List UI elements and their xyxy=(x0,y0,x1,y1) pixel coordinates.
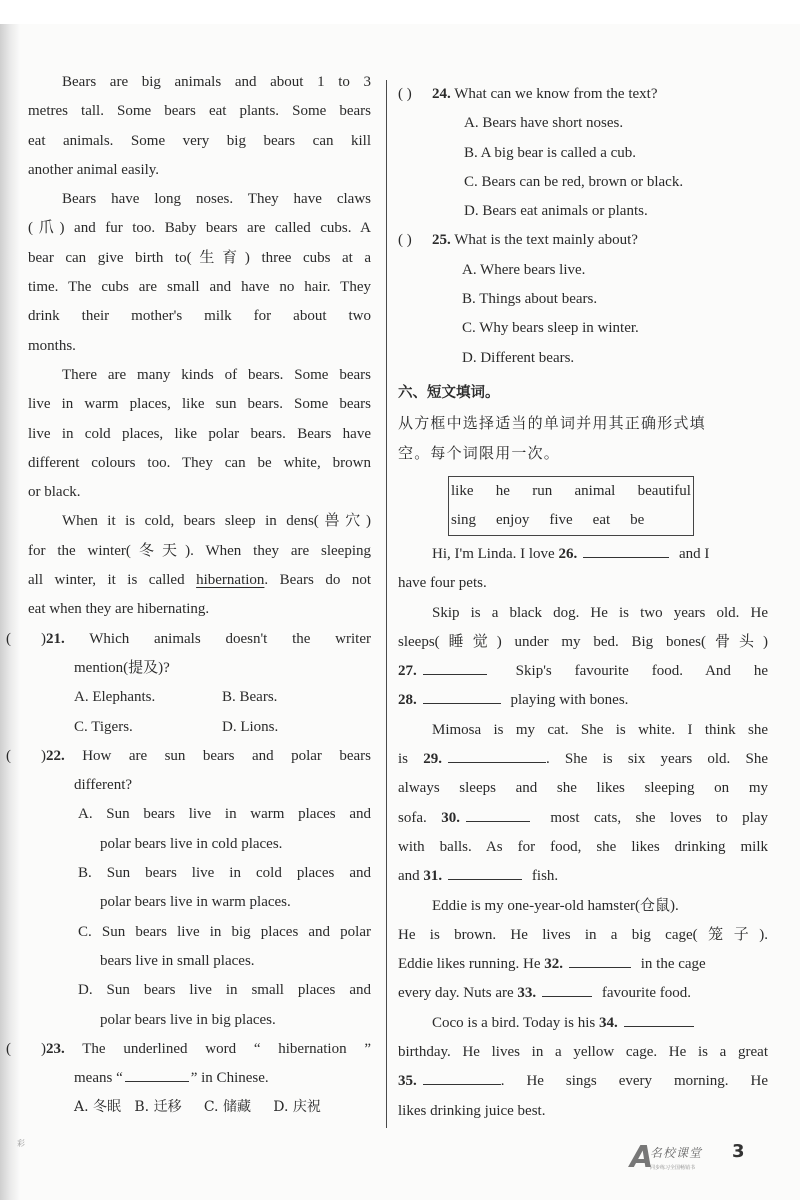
option-d[interactable]: D. Lions. xyxy=(222,713,370,742)
word-option: be xyxy=(630,506,644,535)
section-6: 六、短文填词。 从方框中选择适当的单词并用其正确形式填 空。每个词限用一次。 l… xyxy=(398,379,768,1126)
section-instruction: 空。每个词限用一次。 xyxy=(398,438,768,468)
blank-28[interactable] xyxy=(423,689,501,704)
passage-line: metres tall. Some bears eat plants. Some… xyxy=(28,97,371,126)
passage-line: eat when they are hibernating. xyxy=(28,595,371,624)
option-b[interactable]: B. Bears. xyxy=(222,683,370,712)
passage-line: Bears have long noses. They have claws xyxy=(28,185,371,214)
blank-31[interactable] xyxy=(448,865,522,880)
passage-line: months. xyxy=(28,332,371,361)
passage-line: another animal easily. xyxy=(28,156,371,185)
option-a[interactable]: A. Bears have short noses. xyxy=(398,109,768,138)
reading-passage: Bears are big animals and about 1 to 3 m… xyxy=(28,68,371,625)
logo-text: 名校课堂 xyxy=(650,1144,702,1161)
question-number: 24. xyxy=(432,86,451,102)
passage-line: When it is cold, bears sleep in dens(兽穴) xyxy=(28,507,371,536)
passage-line: all winter, it is called hibernation. Be… xyxy=(28,566,371,595)
answer-paren[interactable]: ( ) xyxy=(6,1035,46,1064)
blank-27[interactable] xyxy=(423,660,487,675)
question-21: ( )21. Which animals doesn't the writer … xyxy=(28,625,371,742)
word-option: enjoy xyxy=(496,506,529,535)
blank-32[interactable] xyxy=(569,953,631,968)
option-a[interactable]: A. Where bears live. xyxy=(398,256,768,285)
option-c[interactable]: C. Why bears sleep in winter. xyxy=(398,314,768,343)
word-option: like xyxy=(451,477,474,506)
answer-paren[interactable]: ( ) xyxy=(398,226,432,255)
word-option: sing xyxy=(451,506,476,535)
option-d[interactable]: D. Different bears. xyxy=(398,344,768,373)
option-c[interactable]: C. Tigers. xyxy=(74,713,222,742)
option-b[interactable]: B. Sun bears live in cold places and xyxy=(28,859,371,888)
blank-35[interactable] xyxy=(423,1070,501,1085)
passage-line: drink their mother's milk for about two xyxy=(28,302,371,331)
passage-line: bear can give birth to(生育) three cubs at… xyxy=(28,244,371,273)
left-column: Bears are big animals and about 1 to 3 m… xyxy=(28,68,371,1123)
column-divider xyxy=(386,80,387,1128)
question-number: 22. xyxy=(46,748,65,764)
question-number: 21. xyxy=(46,631,65,647)
option-b[interactable]: B. Things about bears. xyxy=(398,285,768,314)
word-box: like he run animal beautiful sing enjoy … xyxy=(448,476,694,536)
passage-line: time. The cubs are small and have no hai… xyxy=(28,273,371,302)
answer-paren[interactable]: ( ) xyxy=(6,742,46,771)
passage-line: for the winter(冬天). When they are sleepi… xyxy=(28,537,371,566)
blank-26[interactable] xyxy=(583,543,669,558)
option-d[interactable]: D. Bears eat animals or plants. xyxy=(398,197,768,226)
passage-line: different colours too. They can be white… xyxy=(28,449,371,478)
blank-30[interactable] xyxy=(466,807,530,822)
question-24: ( )24. What can we know from the text? A… xyxy=(398,80,768,226)
blank-34[interactable] xyxy=(624,1012,694,1027)
option-b[interactable]: B. A big bear is called a cub. xyxy=(398,139,768,168)
word-option: five xyxy=(549,506,572,535)
question-25: ( )25. What is the text mainly about? A.… xyxy=(398,226,768,372)
option-a[interactable]: A. Elephants. xyxy=(74,683,222,712)
publisher-logo: A 名校课堂 同步练习全国畅销书 xyxy=(630,1140,730,1176)
corner-mark: 彩 xyxy=(17,1138,25,1149)
answer-paren[interactable]: ( ) xyxy=(6,625,46,654)
question-22: ( )22. How are sun bears and polar bears… xyxy=(28,742,371,1035)
passage-line: live in warm places, like sun bears. Som… xyxy=(28,390,371,419)
binding-shadow xyxy=(0,24,20,1200)
underlined-word: hibernation xyxy=(196,572,264,588)
option-c[interactable]: C. Bears can be red, brown or black. xyxy=(398,168,768,197)
passage-line: (爪) and fur too. Baby bears are called c… xyxy=(28,214,371,243)
passage-line: live in cold places, like polar bears. B… xyxy=(28,420,371,449)
section-instruction: 从方框中选择适当的单词并用其正确形式填 xyxy=(398,408,768,438)
cloze-passage: Hi, I'm Linda. I love 26. and I have fou… xyxy=(398,540,768,1126)
option-d[interactable]: D. 庆祝 xyxy=(273,1099,321,1115)
word-option: eat xyxy=(593,506,610,535)
option-d[interactable]: D. Sun bears live in small places and xyxy=(28,976,371,1005)
right-column: ( )24. What can we know from the text? A… xyxy=(398,80,768,1126)
logo-subtitle: 同步练习全国畅销书 xyxy=(650,1164,695,1171)
word-option: beautiful xyxy=(638,477,691,506)
passage-line: eat animals. Some very big bears can kil… xyxy=(28,127,371,156)
passage-line: or black. xyxy=(28,478,371,507)
blank-29[interactable] xyxy=(448,748,546,763)
page-number: 3 xyxy=(732,1141,745,1162)
word-option: animal xyxy=(575,477,616,506)
blank-23[interactable] xyxy=(125,1067,189,1082)
passage-line: Bears are big animals and about 1 to 3 xyxy=(28,68,371,97)
option-a[interactable]: A. Sun bears live in warm places and xyxy=(28,800,371,829)
option-a[interactable]: A. 冬眠 xyxy=(74,1099,121,1115)
section-title: 六、短文填词。 xyxy=(398,379,768,408)
question-number: 25. xyxy=(432,232,451,248)
option-c[interactable]: C. Sun bears live in big places and pola… xyxy=(28,918,371,947)
answer-paren[interactable]: ( ) xyxy=(398,80,432,109)
option-c[interactable]: C. 储藏 xyxy=(204,1099,251,1115)
blank-33[interactable] xyxy=(542,982,592,997)
passage-line: There are many kinds of bears. Some bear… xyxy=(28,361,371,390)
scan-top-margin xyxy=(0,0,800,24)
question-number: 23. xyxy=(46,1041,65,1057)
word-option: run xyxy=(532,477,552,506)
question-23: ( )23. The underlined word “ hibernation… xyxy=(28,1035,371,1123)
option-b[interactable]: B. 迁移 xyxy=(134,1099,181,1115)
word-option: he xyxy=(496,477,510,506)
